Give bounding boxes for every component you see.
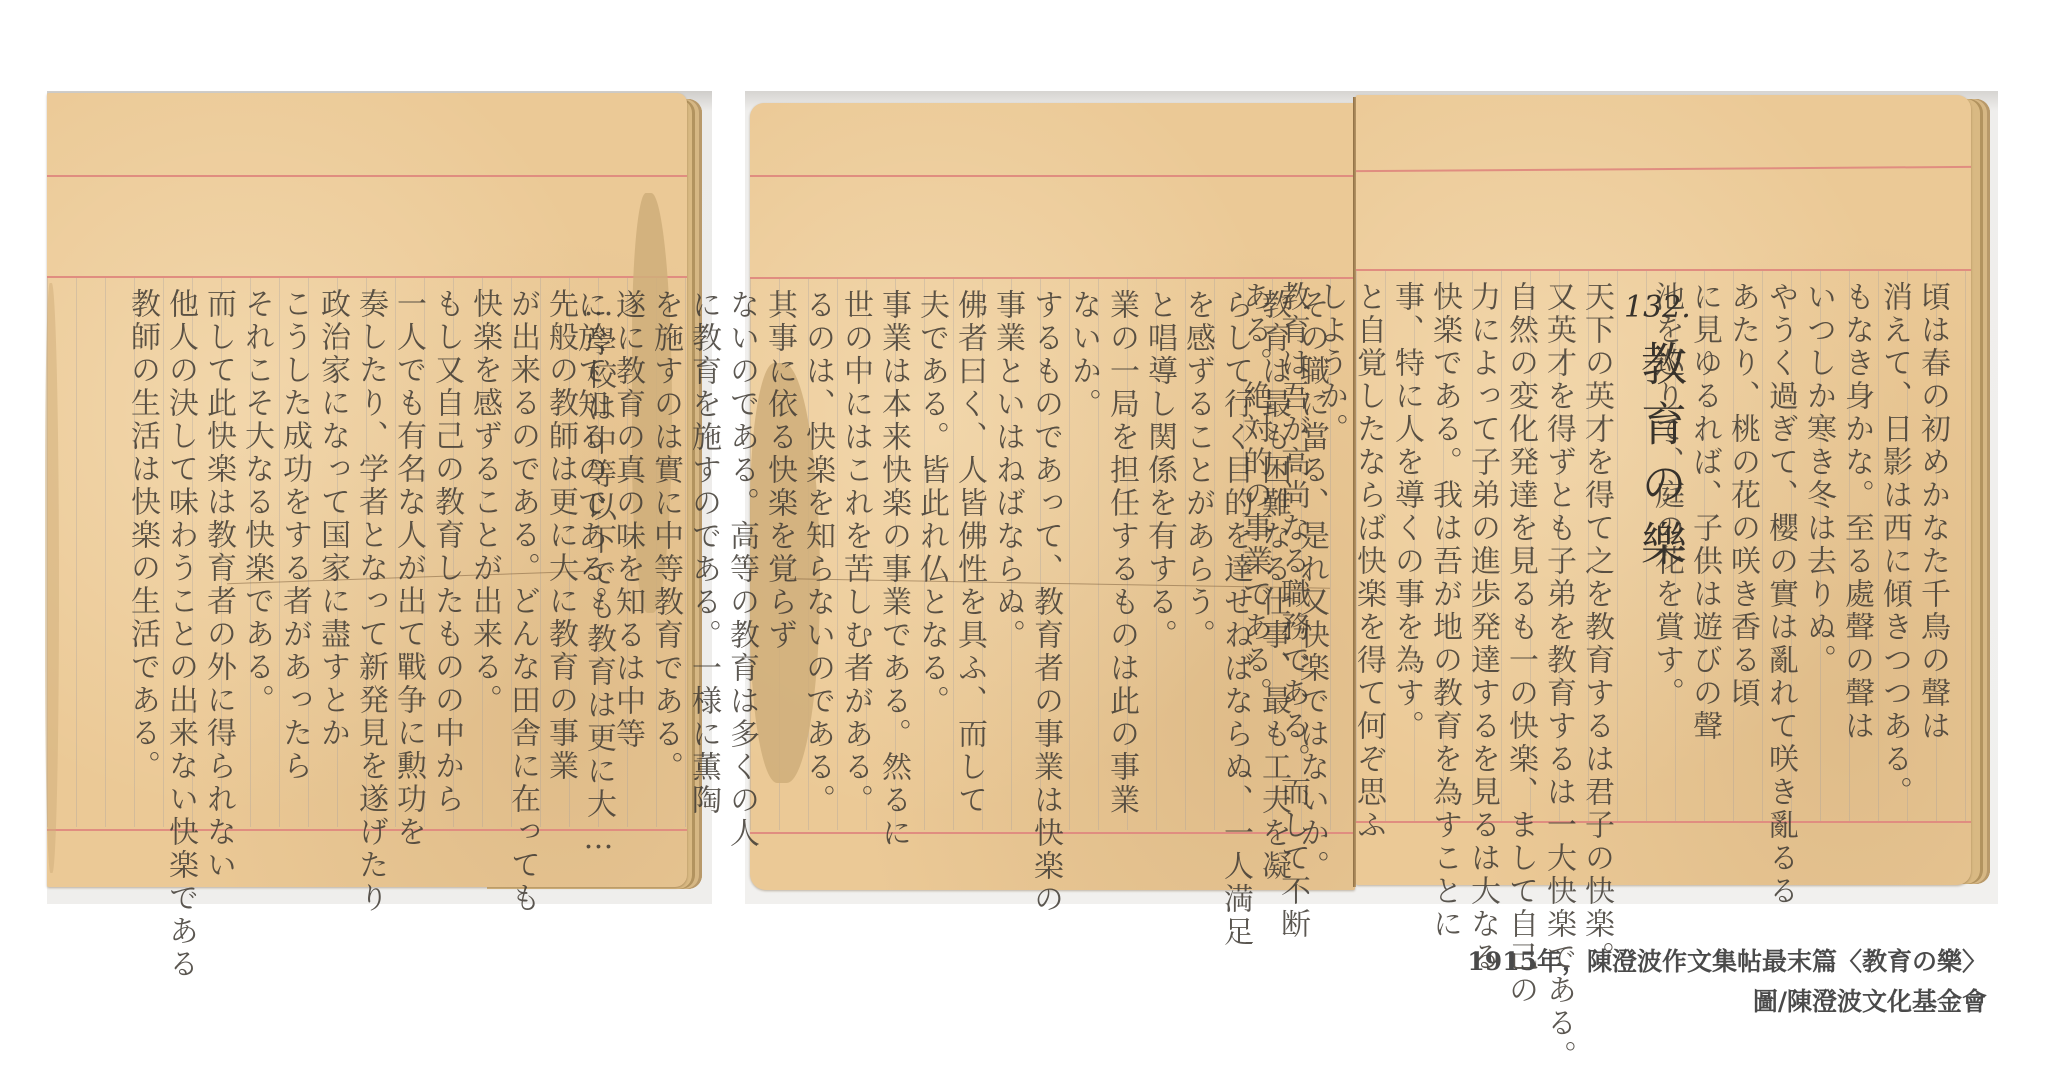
text-column: 事業といはねばならぬ。 [988,289,1026,834]
text-column: に教育を施すのである。一様に薫陶 [684,289,722,834]
text-column: が出来るのである。どんな田舎に在っても [503,288,541,828]
text-column: あたり、桃の花の咲き香る頃 [1723,281,1761,821]
text-column: を施すのは實に中等教育である。 [646,289,684,834]
text-column: 頃は春の初めかなた千鳥の聲は [1913,281,1951,821]
text-column: 自然の変化発達を見るも一の快楽、まして自己の [1501,281,1539,821]
red-ruling-line [47,175,687,177]
text-column: 而して此快楽は教育者の外に得られない [199,288,237,828]
text-column: いつしか寒き冬は去りぬ。 [1799,281,1837,821]
text-column: 又英才を得ずとも子弟を教育するは一大快楽である。 [1539,281,1577,821]
caption-credit: 圖/陳澄波文化基金會 [1753,982,1987,1018]
photo-open-notebook-spread: その職に當る、是れ又快楽ではないか。 教育は最も困難なる仕事、最も工夫を凝 らし… [745,91,1998,904]
text-column: こうした成功をする者があったら [275,288,313,828]
text-column: もなき身かな。至る處聲の聲は [1837,281,1875,821]
text-column: 教育は吾が高尚なる職務である。而して不断 [1273,281,1311,821]
text-column: と自覚したならば快楽を得て何ぞ思ふ [1349,281,1387,821]
text-column: するものであって、教育者の事業は快楽の [1026,289,1064,834]
red-ruling-line [750,175,1355,177]
text-column: 一人でも有名な人が出て戰争に勲功を [389,288,427,828]
text-column: 世の中にはこれを苦しむ者がある。 [836,289,874,834]
text-column: 佛者曰く、人皆佛性を具ふ、而して [950,289,988,834]
text-column: ある。絶対的の事業である。 [1235,281,1273,821]
text-column: に於て知るのである。 [570,289,608,834]
text-column: ないか。 [1064,289,1102,834]
text-column: 其事に依る快楽を覚らず [760,289,798,834]
handwritten-text: …學校は中等以下でも教育は更に大… 先般の教師は更に大に教育の事業 が出来るので… [237,288,617,828]
text-column: もし又自己の教育したものの中から [427,288,465,828]
text-column: るのは、快楽を知らないのである。 [798,289,836,834]
text-column: 事業は本来快楽の事業である。然るに [874,289,912,834]
text-column: 政治家になって国家に盡すとか [313,288,351,828]
handwritten-text-body: 天下の英才を得て之を教育するは君子の快楽。 又英才を得ずとも子弟を教育するは一大… [1370,281,1615,821]
chapter-number: 132. [1624,290,1691,325]
text-column: ないのである。高等の教育は多くの人 [722,289,760,834]
text-column: 力によって子弟の進歩発達するを見るは大なる [1463,281,1501,821]
text-column: それこそ大なる快楽である。 [237,288,275,828]
text-column: 消えて、日影は西に傾きつつある。 [1875,281,1913,821]
caption-title: 1915年，陳澄波作文集帖最末篇〈教育の樂〉 [1467,942,1987,978]
text-column: 奏したり、学者となって新発見を遂げたり [351,288,389,828]
text-column: 他人の決して味わうことの出来ない快楽である [161,288,199,828]
text-column: 教師の生活は快楽の生活である。 [123,288,161,828]
text-column: と唱導し関係を有する。 [1140,289,1178,834]
handwritten-text-intro: 頃は春の初めかなた千鳥の聲は 消えて、日影は西に傾きつつある。 もなき身かな。至… [1651,281,1951,821]
chapter-title: 教育の樂 [1628,340,1694,580]
text-column: しようか。 [1311,281,1349,821]
notebook-page-right: 頃は春の初めかなた千鳥の聲は 消えて、日影は西に傾きつつある。 もなき身かな。至… [1356,95,1971,885]
text-column: 遂に教育の真の味を知るは中等 [608,289,646,834]
red-ruling-line [1356,166,1971,172]
text-column: 業の一局を担任するものは此の事業 [1102,289,1140,834]
text-column: 快楽を感ずることが出来る。 [465,288,503,828]
text-column: 天下の英才を得て之を教育するは君子の快楽。 [1577,281,1615,821]
text-column: 事、特に人を導くの事を為す。 [1387,281,1425,821]
text-column: を感ずることがあらう。 [1178,289,1216,834]
text-column: 快楽である。我は吾が地の教育を為すことに [1425,281,1463,821]
text-column: やうく過ぎて、櫻の實は亂れて咲き亂るる [1761,281,1799,821]
text-column: 夫である。皆此れ仏となる。 [912,289,950,834]
